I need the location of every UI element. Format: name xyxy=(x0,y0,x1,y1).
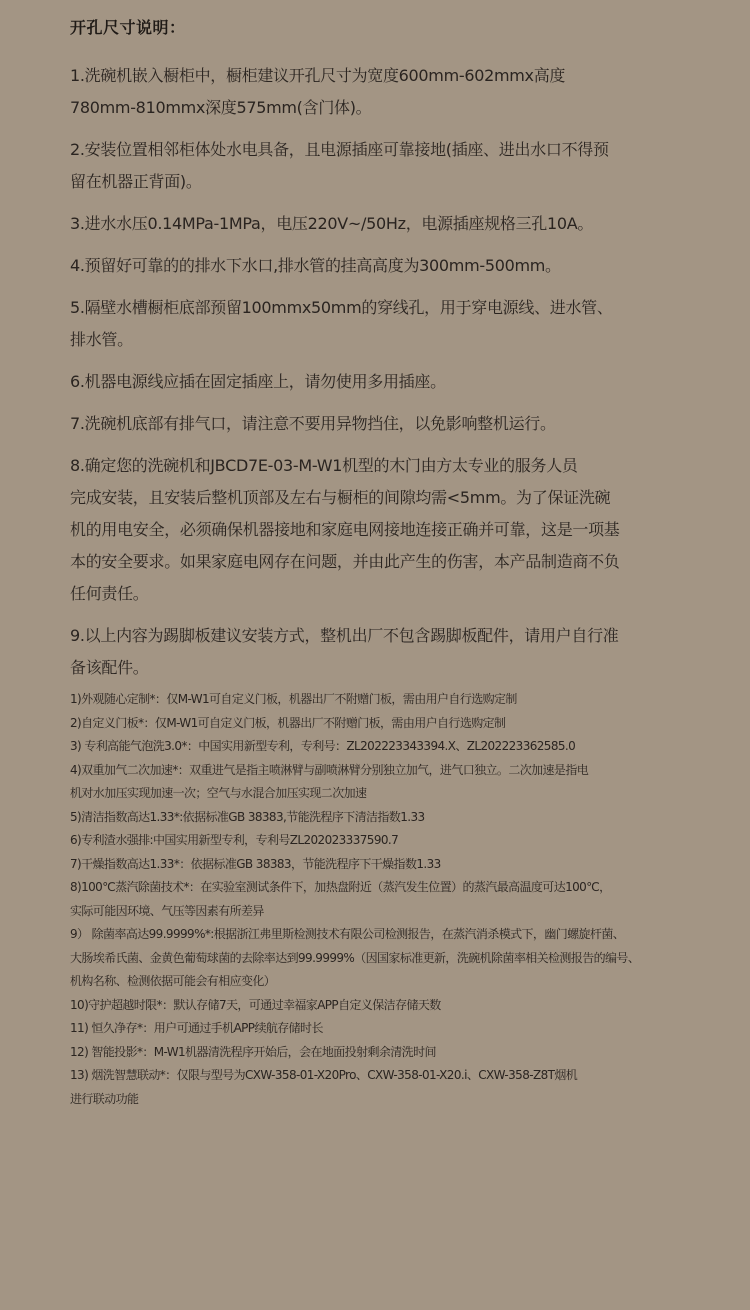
footnote-line: 机构名称、检测依据可能会有相应变化） xyxy=(70,970,700,994)
footnote-9: 9） 除菌率高达99.9999%*:根据浙江弗里斯检测技术有限公司检测报告，在蒸… xyxy=(70,923,700,994)
instruction-item-3: 3.进水水压0.14MPa-1MPa，电压220V~/50Hz，电源插座规格三孔… xyxy=(70,208,690,240)
footnote-10: 10)守护超越时限*：默认存储7天，可通过幸福家APP自定义保洁存储天数 xyxy=(70,994,700,1018)
footnote-line: 9） 除菌率高达99.9999%*:根据浙江弗里斯检测技术有限公司检测报告，在蒸… xyxy=(70,923,700,947)
instruction-line: 9.以上内容为踢脚板建议安装方式，整机出厂不包含踢脚板配件，请用户自行准 xyxy=(70,620,690,652)
instruction-line: 8.确定您的洗碗机和JBCD7E-03-M-W1机型的木门由方太专业的服务人员 xyxy=(70,450,690,482)
footnote-line: 8)100℃蒸汽除菌技术*：在实验室测试条件下，加热盘附近（蒸汽发生位置）的蒸汽… xyxy=(70,876,700,900)
page-title: 开孔尺寸说明： xyxy=(70,15,186,38)
footnote-8: 8)100℃蒸汽除菌技术*：在实验室测试条件下，加热盘附近（蒸汽发生位置）的蒸汽… xyxy=(70,876,700,923)
footnote-7: 7)干燥指数高达1.33*：依据标准GB 38383，节能洗程序下干燥指数1.3… xyxy=(70,853,700,877)
instruction-line: 2.安装位置相邻柜体处水电具备，且电源插座可靠接地(插座、进出水口不得预 xyxy=(70,134,690,166)
footnote-line: 12) 智能投影*：M-W1机器清洗程序开始后，会在地面投射剩余清洗时间 xyxy=(70,1041,700,1065)
instruction-item-1: 1.洗碗机嵌入橱柜中，橱柜建议开孔尺寸为宽度600mm-602mmx高度 780… xyxy=(70,60,690,124)
footnote-4: 4)双重加气二次加速*：双重进气是指主喷淋臂与副喷淋臂分别独立加气，进气口独立。… xyxy=(70,759,700,806)
footnote-line: 大肠埃希氏菌、金黄色葡萄球菌的去除率达到99.9999%（因国家标准更新，洗碗机… xyxy=(70,947,700,971)
footnote-5: 5)清洁指数高达1.33*:依据标准GB 38383,节能洗程序下清洁指数1.3… xyxy=(70,806,700,830)
footnote-line: 机对水加压实现加速一次；空气与水混合加压实现二次加速 xyxy=(70,782,700,806)
footnote-6: 6)专利渣水强排:中国实用新型专利，专利号ZL202023337590.7 xyxy=(70,829,700,853)
instruction-item-9: 9.以上内容为踢脚板建议安装方式，整机出厂不包含踢脚板配件，请用户自行准 备该配… xyxy=(70,620,690,684)
instruction-line: 完成安装，且安装后整机顶部及左右与橱柜的间隙均需<5mm。为了保证洗碗 xyxy=(70,482,690,514)
instruction-item-7: 7.洗碗机底部有排气口，请注意不要用异物挡住，以免影响整机运行。 xyxy=(70,408,690,440)
instruction-line: 留在机器正背面)。 xyxy=(70,166,690,198)
footnote-line: 6)专利渣水强排:中国实用新型专利，专利号ZL202023337590.7 xyxy=(70,829,700,853)
instruction-item-5: 5.隔壁水槽橱柜底部预留100mmx50mm的穿线孔，用于穿电源线、进水管、 排… xyxy=(70,292,690,356)
instruction-line: 机的用电安全，必须确保机器接地和家庭电网接地连接正确并可靠，这是一项基 xyxy=(70,514,690,546)
instruction-item-2: 2.安装位置相邻柜体处水电具备，且电源插座可靠接地(插座、进出水口不得预 留在机… xyxy=(70,134,690,198)
instruction-line: 1.洗碗机嵌入橱柜中，橱柜建议开孔尺寸为宽度600mm-602mmx高度 xyxy=(70,60,690,92)
instruction-item-6: 6.机器电源线应插在固定插座上，请勿使用多用插座。 xyxy=(70,366,690,398)
footnote-line: 3) 专利高能气泡洗3.0*：中国实用新型专利，专利号：ZL2022233433… xyxy=(70,735,700,759)
instruction-line: 6.机器电源线应插在固定插座上，请勿使用多用插座。 xyxy=(70,366,690,398)
footnote-line: 1)外观随心定制*：仅M-W1可自定义门板，机器出厂不附赠门板，需由用户自行选购… xyxy=(70,688,700,712)
footnote-line: 7)干燥指数高达1.33*：依据标准GB 38383，节能洗程序下干燥指数1.3… xyxy=(70,853,700,877)
footnote-line: 11) 恒久净存*：用户可通过手机APP续航存储时长 xyxy=(70,1017,700,1041)
footnote-2: 2)自定义门板*：仅M-W1可自定义门板，机器出厂不附赠门板，需由用户自行选购定… xyxy=(70,712,700,736)
instruction-line: 3.进水水压0.14MPa-1MPa，电压220V~/50Hz，电源插座规格三孔… xyxy=(70,208,690,240)
footnote-3: 3) 专利高能气泡洗3.0*：中国实用新型专利，专利号：ZL2022233433… xyxy=(70,735,700,759)
instruction-line: 7.洗碗机底部有排气口，请注意不要用异物挡住，以免影响整机运行。 xyxy=(70,408,690,440)
footnote-1: 1)外观随心定制*：仅M-W1可自定义门板，机器出厂不附赠门板，需由用户自行选购… xyxy=(70,688,700,712)
footnote-line: 4)双重加气二次加速*：双重进气是指主喷淋臂与副喷淋臂分别独立加气，进气口独立。… xyxy=(70,759,700,783)
instruction-line: 4.预留好可靠的的排水下水口,排水管的挂高高度为300mm-500mm。 xyxy=(70,250,690,282)
footnote-line: 13) 烟洗智慧联动*：仅限与型号为CXW-358-01-X20Pro、CXW-… xyxy=(70,1064,700,1088)
instruction-line: 排水管。 xyxy=(70,324,690,356)
instruction-line: 5.隔壁水槽橱柜底部预留100mmx50mm的穿线孔，用于穿电源线、进水管、 xyxy=(70,292,690,324)
footnote-12: 12) 智能投影*：M-W1机器清洗程序开始后，会在地面投射剩余清洗时间 xyxy=(70,1041,700,1065)
instruction-line: 备该配件。 xyxy=(70,652,690,684)
instruction-line: 780mm-810mmx深度575mm(含门体)。 xyxy=(70,92,690,124)
footnote-line: 2)自定义门板*：仅M-W1可自定义门板，机器出厂不附赠门板，需由用户自行选购定… xyxy=(70,712,700,736)
instruction-item-8: 8.确定您的洗碗机和JBCD7E-03-M-W1机型的木门由方太专业的服务人员 … xyxy=(70,450,690,610)
installation-instructions-list: 1.洗碗机嵌入橱柜中，橱柜建议开孔尺寸为宽度600mm-602mmx高度 780… xyxy=(70,60,690,694)
footnote-line: 5)清洁指数高达1.33*:依据标准GB 38383,节能洗程序下清洁指数1.3… xyxy=(70,806,700,830)
footnotes-list: 1)外观随心定制*：仅M-W1可自定义门板，机器出厂不附赠门板，需由用户自行选购… xyxy=(70,688,700,1111)
footnote-13: 13) 烟洗智慧联动*：仅限与型号为CXW-358-01-X20Pro、CXW-… xyxy=(70,1064,700,1111)
footnote-line: 10)守护超越时限*：默认存储7天，可通过幸福家APP自定义保洁存储天数 xyxy=(70,994,700,1018)
footnote-line: 进行联动功能 xyxy=(70,1088,700,1112)
footnote-11: 11) 恒久净存*：用户可通过手机APP续航存储时长 xyxy=(70,1017,700,1041)
instruction-item-4: 4.预留好可靠的的排水下水口,排水管的挂高高度为300mm-500mm。 xyxy=(70,250,690,282)
instruction-line: 任何责任。 xyxy=(70,578,690,610)
instruction-line: 本的安全要求。如果家庭电网存在问题，并由此产生的伤害，本产品制造商不负 xyxy=(70,546,690,578)
footnote-line: 实际可能因环境、气压等因素有所差异 xyxy=(70,900,700,924)
